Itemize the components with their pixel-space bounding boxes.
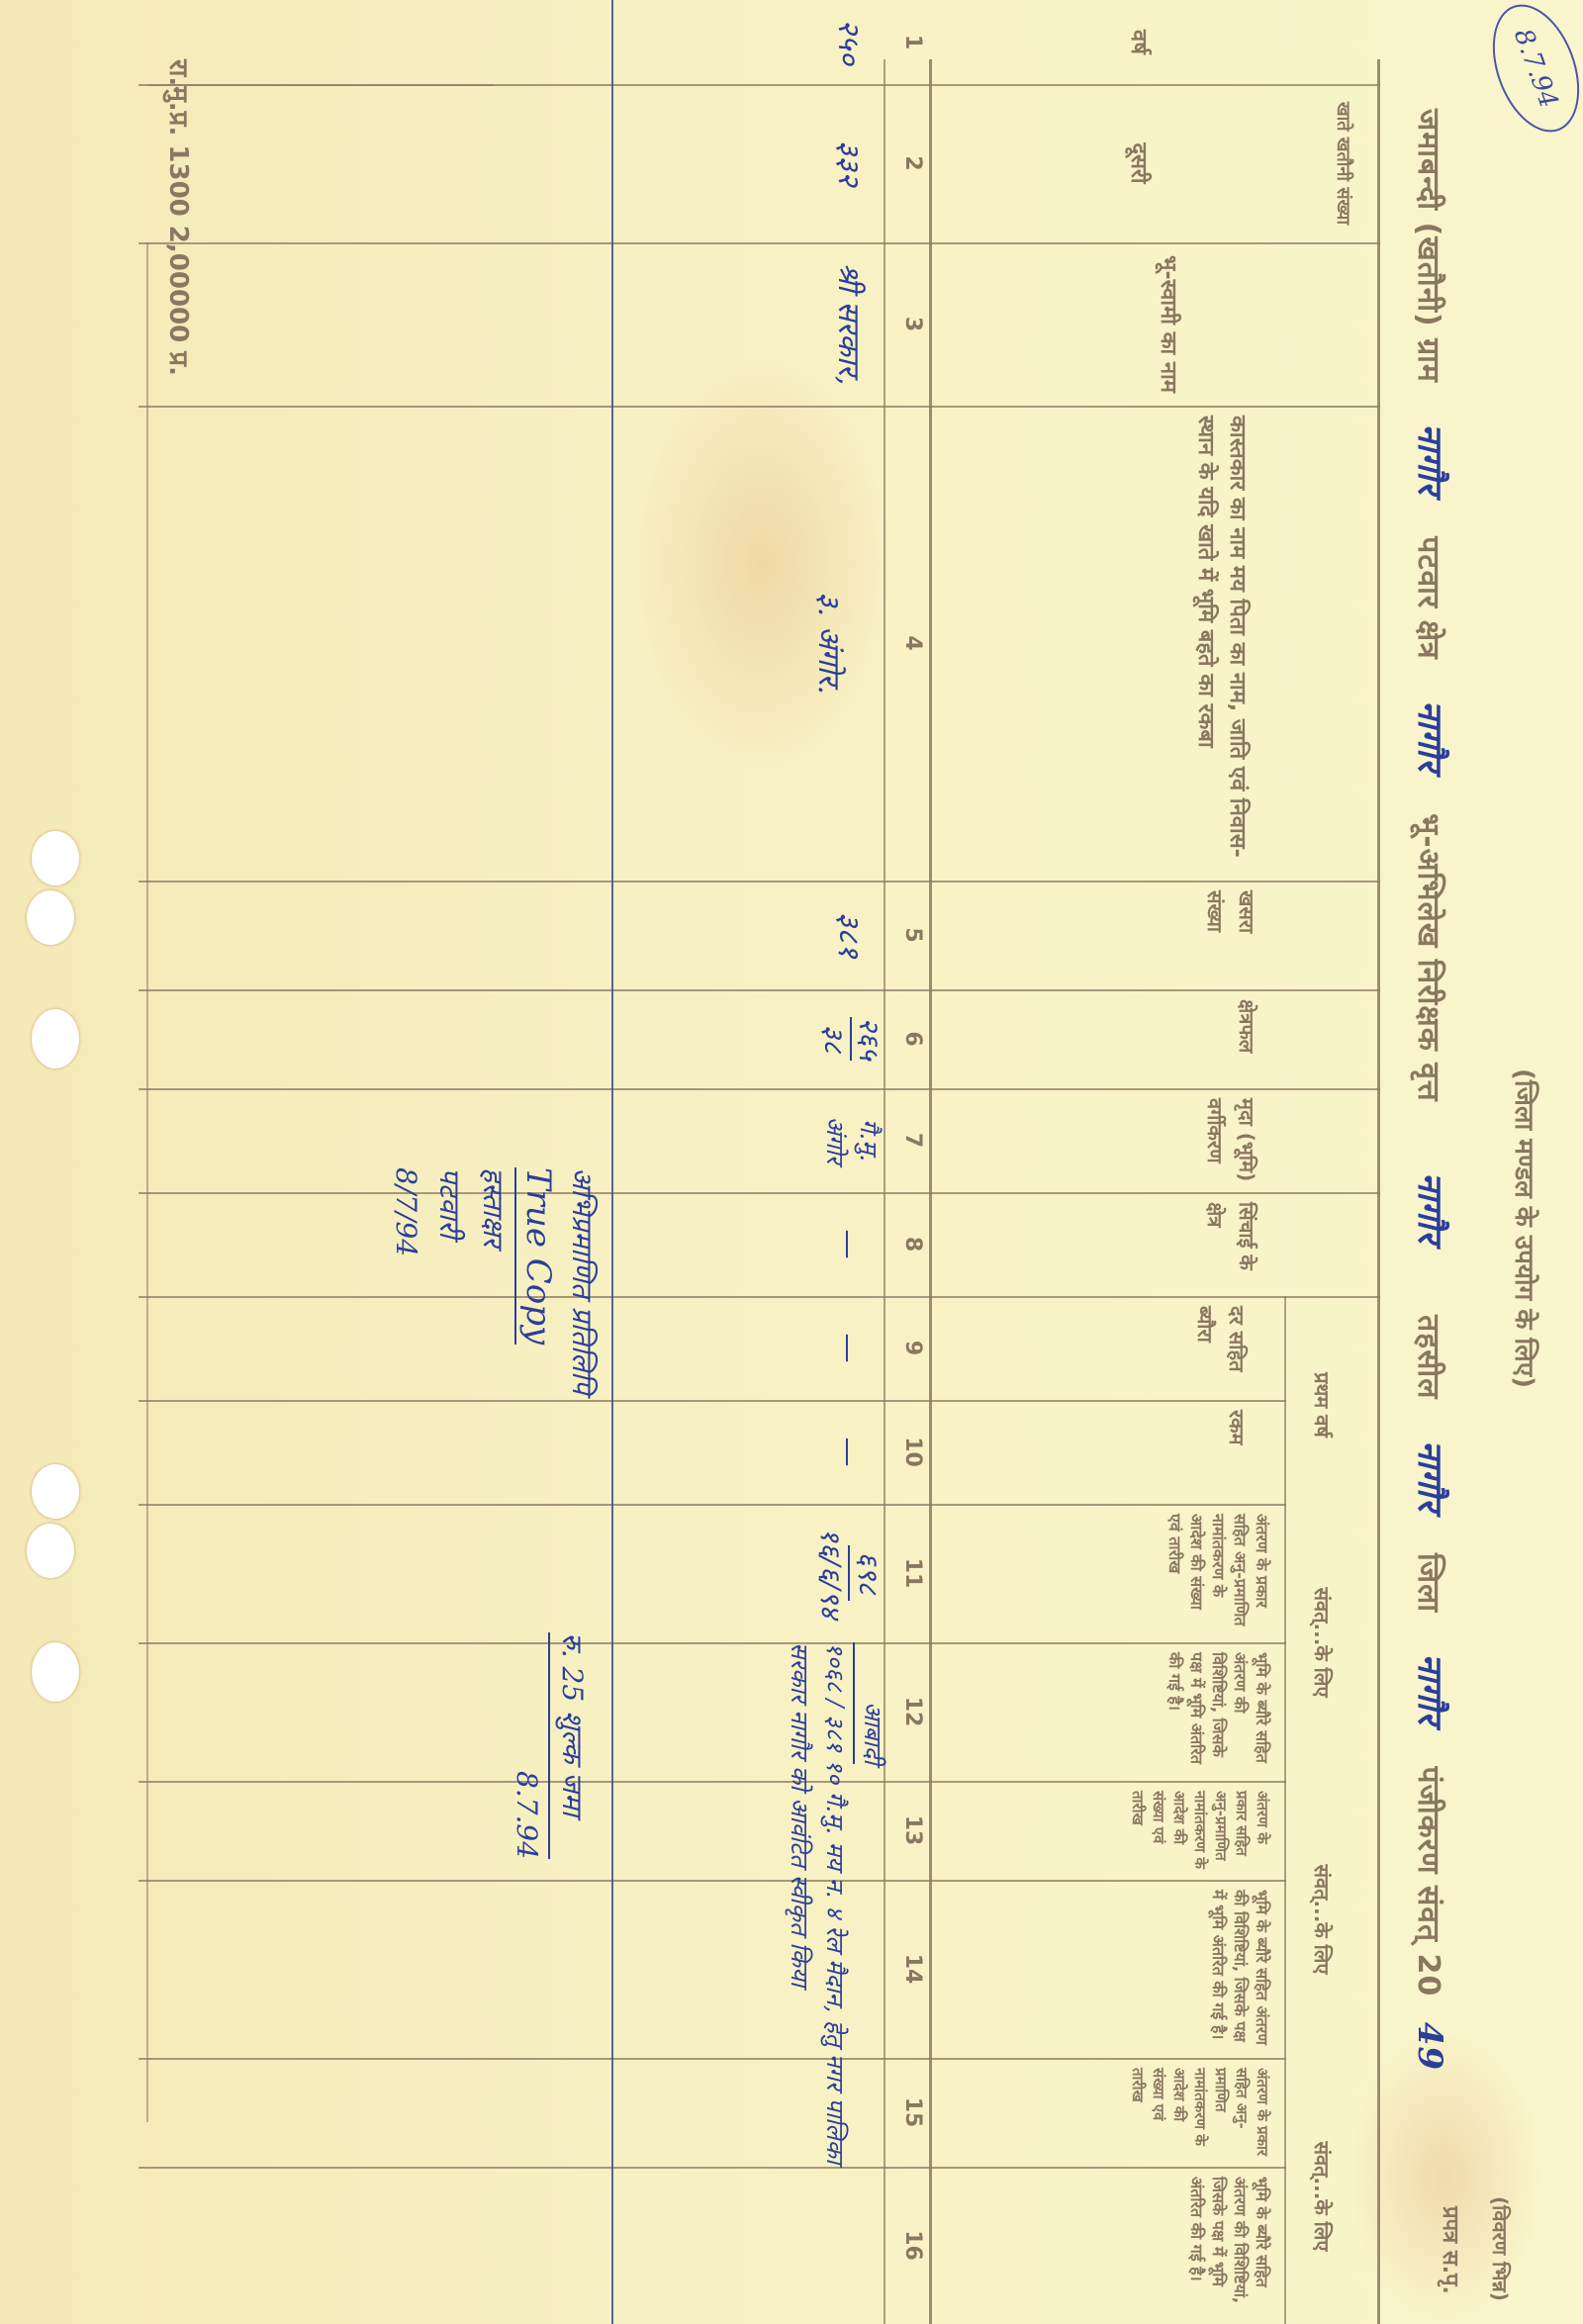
col-divider (139, 881, 1380, 883)
entry-col-9: — (831, 1296, 866, 1400)
col-5-number: 5 (900, 881, 925, 989)
village-value: नागौर (1410, 423, 1449, 496)
punch-hole (32, 1009, 79, 1069)
punch-hole (27, 1524, 74, 1578)
district-value: नागौर (1410, 1654, 1449, 1726)
col-2-number: 2 (900, 84, 925, 242)
entry-col-6: २६५ ३८ (816, 989, 885, 1088)
col-4-header: कास्तकार का नाम मय पिता का नाम, जाति एवं… (1185, 406, 1257, 881)
fee-date: 8.7.94 (505, 1632, 550, 1859)
col-9-number: 9 (900, 1296, 925, 1400)
punch-hole (27, 890, 74, 945)
col-10-header: रकम (1217, 1400, 1257, 1504)
patwar-value: नागौर (1410, 700, 1449, 773)
entry-col-8: — (831, 1192, 866, 1296)
punch-hole (32, 831, 79, 885)
col-6-number: 6 (900, 989, 925, 1088)
col-13-number: 13 (900, 1781, 925, 1880)
group-header-border (1284, 1296, 1286, 2324)
col-16-number: 16 (900, 2167, 925, 2324)
entry-col-3: श्री सरकार, (830, 242, 871, 406)
signature: हस्ताक्षर (471, 1167, 514, 1394)
entry-col-11: ६९८ १६/६/९४ (812, 1504, 885, 1642)
col-divider (139, 1088, 1380, 1090)
col-7-header: मृदा (भूमि) वर्गीकरण (1195, 1088, 1266, 1192)
col-16-header: भूमि के ब्यौरे सहित अंतरण की विशिष्टियां… (1181, 2167, 1276, 2324)
entry-col-7: गै.मु. अंगोर (818, 1088, 885, 1192)
col-12-header: भूमि के ब्यौरे सहित अंतरण की विशिष्टियां… (1160, 1642, 1276, 1781)
entry-col-4: ३. अंगोर. (810, 406, 851, 881)
settlement-year-value: 49 (1410, 2022, 1449, 2071)
designation: पटवारी (427, 1167, 471, 1394)
footer-print-code: रा.मु.प्र. 1300 2,00000 प्र. (162, 59, 198, 376)
col-4-number: 4 (900, 406, 925, 881)
col-divider (139, 2058, 1286, 2060)
pen-ruled-line (611, 0, 613, 2324)
entry-col-5: ३८१ (830, 881, 871, 989)
col-1-number: 1 (900, 0, 925, 84)
col-3-number: 3 (900, 242, 925, 406)
col-divider (148, 84, 495, 86)
group-khatauni-serial: खाते खतौनी संख्या (1332, 89, 1355, 237)
group-year-3: संवत्...के लिए (1309, 1820, 1336, 2018)
entry-col-1: २५० (830, 0, 871, 84)
col-7-number: 7 (900, 1088, 925, 1192)
certification-block: अभिप्रमाणित प्रतिलिपि True Copy हस्ताक्ष… (384, 1167, 604, 1394)
col-1-header: वर्ष (1118, 0, 1158, 84)
col-divider (139, 242, 1380, 244)
tehsil-value: नागौर (1410, 1441, 1449, 1513)
true-copy-label: True Copy (514, 1167, 560, 1345)
entry-col-2: ३३२ (830, 84, 871, 242)
col-15-number: 15 (900, 2058, 925, 2167)
entry-col-12: आबादी १०६८ / ३८१ १० गै.मु. मय न. ४ रेल म… (782, 1642, 890, 2324)
col-8-header: सिंचाई के क्षेत्र (1195, 1192, 1266, 1296)
col-divider (139, 1504, 1286, 1506)
form-subtitle: (जिला मण्डल के उपयोग के लिए) (1508, 1069, 1543, 1388)
col-divider (139, 1400, 1286, 1402)
form-title: जमाबन्दी (खतौनी) ग्राम नागौर पटवार क्षेत… (1409, 109, 1454, 2071)
col-11-number: 11 (900, 1504, 925, 1642)
group-first-year: प्रथम वर्ष (1309, 1306, 1336, 1504)
corner-form-label: प्रपत्र स.पृ. (1437, 2206, 1466, 2294)
col-9-header: दर सहित ब्यौरा (1185, 1296, 1257, 1400)
col-divider (139, 1642, 1286, 1644)
entry-col-10: — (831, 1400, 866, 1504)
col-10-number: 10 (900, 1400, 925, 1504)
date-stamp: 8.7.94 (1476, 0, 1583, 143)
punch-hole (32, 1642, 79, 1702)
land-record-form: 8.7.94 जमाबन्दी (खतौनी) ग्राम नागौर पटवा… (0, 0, 1583, 2324)
col-divider (139, 2167, 1286, 2169)
group-year-4: संवत्...के लिए (1309, 2097, 1336, 2295)
col-divider (139, 1880, 1286, 1882)
record-value: नागौर (1410, 1172, 1449, 1245)
punch-hole (32, 1464, 79, 1519)
col-2-header: दूसरी (1118, 84, 1158, 242)
group-year-2: संवत्...के लिए (1309, 1543, 1336, 1741)
certified-copy-label: अभिप्रमाणित प्रतिलिपि (560, 1167, 604, 1394)
row-bottom-line (146, 242, 148, 2122)
col-13-header: अंतरण के प्रकार सहित अनु-प्रमाणित नामांत… (1123, 1781, 1276, 1880)
certification-date: 8/7/94 (384, 1167, 427, 1394)
col-14-header: भूमि के ब्यौरे सहित अंतरण की विशिष्टियां… (1203, 1880, 1276, 2058)
col-15-header: अंतरण के प्रकार सहित अनु-प्रमाणित नामांत… (1123, 2058, 1276, 2167)
col-divider (139, 1192, 1380, 1194)
col-8-number: 8 (900, 1192, 925, 1296)
corner-sub-label: (विवरण भिन्न) (1487, 2196, 1514, 2301)
col-14-number: 14 (900, 1880, 925, 2058)
col-divider (139, 989, 1380, 991)
col-divider (139, 1781, 1286, 1783)
col-5-header: खसरा संख्या (1195, 881, 1266, 989)
col-6-header: क्षेत्रफल (1227, 989, 1266, 1088)
fee-block: रु. 25 शुल्क जमा 8.7.94 (505, 1632, 594, 1859)
fee-line: रु. 25 शुल्क जमा (550, 1632, 594, 1859)
col-12-number: 12 (900, 1642, 925, 1781)
water-stain (633, 356, 890, 772)
col-11-header: अंतरण के प्रकार सहित अनु-प्रमाणित नामांत… (1160, 1504, 1276, 1642)
col-3-header: भू-स्वामी का नाम (1148, 242, 1187, 406)
